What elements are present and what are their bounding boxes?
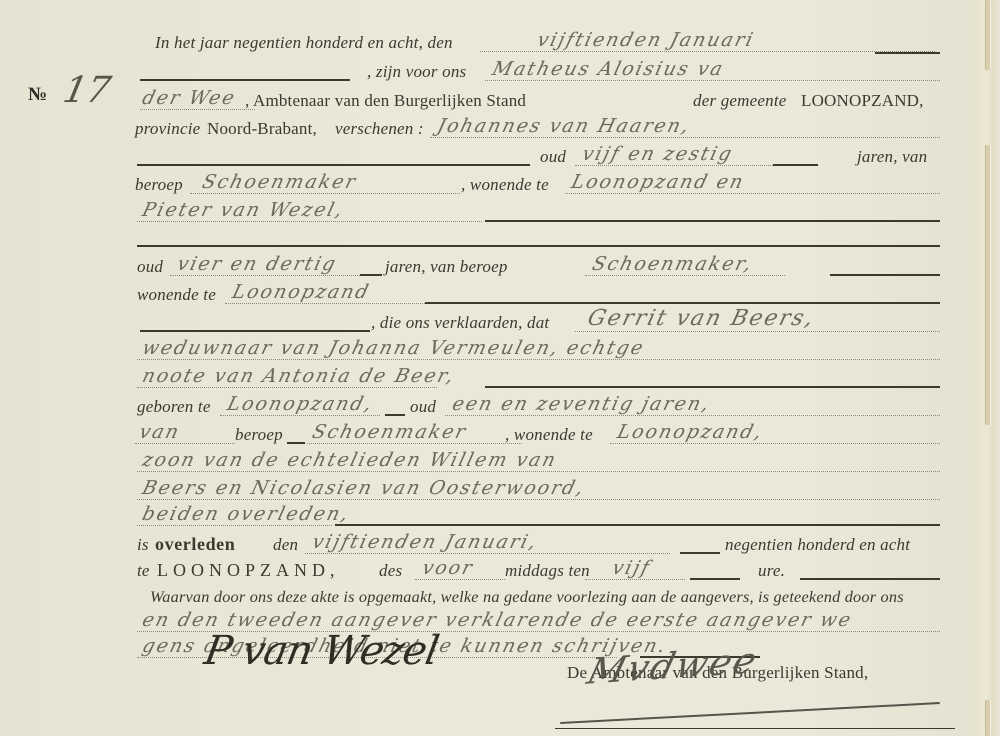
binding-stitch <box>985 0 991 70</box>
line-1: In het jaar negentien honderd en acht, d… <box>145 28 940 58</box>
handwritten-birthplace: Loonopzand, <box>225 393 376 415</box>
printed-text: beroep <box>235 425 283 445</box>
handwritten-official-name: Matheus Aloisius va <box>490 58 727 80</box>
printed-text: oud <box>137 257 163 277</box>
printed-text: , Ambtenaar van den Burgerlijken Stand <box>245 91 526 111</box>
printed-text: verschenen : <box>335 119 424 139</box>
printed-text: geboren te <box>137 397 211 417</box>
printed-text: jaren, van <box>857 147 927 167</box>
handwritten-marital-status: weduwnaar van Johanna Vermeulen, echtge <box>140 337 647 359</box>
handwritten-residence: Loonopzand en <box>569 171 747 193</box>
handwritten-age-deceased: een en zeventig jaren, <box>450 393 713 415</box>
handwritten-declarant-1: Johannes van Haaren, <box>435 115 693 137</box>
handwritten-official-surname: der Wee <box>140 87 238 109</box>
printed-text: , wonende te <box>505 425 593 445</box>
printed-text: Waarvan door ons deze akte is opgemaakt,… <box>150 587 904 607</box>
printed-text: provincie <box>135 119 200 139</box>
municipality-name: LOONOPZAND, <box>801 91 924 111</box>
printed-text: des <box>379 561 402 581</box>
line-11: , die ons verklaarden, dat Gerrit van Be… <box>145 308 940 338</box>
bottom-rule <box>555 728 955 729</box>
handwritten-deceased-name: Gerrit van Beers, <box>585 306 817 331</box>
handwritten-parents-1: zoon van de echtelieden Willem van <box>140 449 560 471</box>
printed-text: beroep <box>135 175 183 195</box>
printed-text: wonende te <box>137 285 216 305</box>
handwritten-declarant-2: Pieter van Wezel, <box>140 199 347 221</box>
handwritten-hour: vijf <box>610 557 653 579</box>
printed-text: middags ten <box>505 561 590 581</box>
record-number-label: № <box>28 84 47 106</box>
handwritten-time-of-day: voor <box>420 557 476 579</box>
printed-text: te <box>137 561 150 581</box>
handwritten-residence-deceased: Loonopzand, <box>615 421 766 443</box>
line-3: der Wee , Ambtenaar van den Burgerlijken… <box>145 86 940 116</box>
printed-text: , zijn voor ons <box>367 62 466 82</box>
line-10: wonende te Loonopzand <box>145 280 940 310</box>
line-15: van beroep Schoenmaker , wonende te Loon… <box>145 420 940 450</box>
line-6: beroep Schoenmaker , wonende te Loonopza… <box>145 170 940 200</box>
printed-text: is <box>137 535 149 555</box>
line-13: noote van Antonia de Beer, <box>145 364 940 394</box>
printed-text: der gemeente <box>693 91 787 111</box>
handwritten-occupation: Schoenmaker <box>200 171 359 193</box>
line-4: provincie Noord-Brabant, verschenen : Jo… <box>145 114 940 144</box>
line-16: zoon van de echtelieden Willem van <box>145 448 940 478</box>
printed-text: In het jaar negentien honderd en acht, d… <box>155 33 453 53</box>
province-name: Noord-Brabant, <box>207 119 317 139</box>
printed-text: ure. <box>758 561 785 581</box>
line-14: geboren te Loonopzand, oud een en zevent… <box>145 392 940 422</box>
handwritten-date: vijftienden Januari <box>535 29 757 51</box>
printed-text: den <box>273 535 298 555</box>
binding-stitch <box>985 145 991 425</box>
printed-text: negentien honderd en acht <box>725 535 910 555</box>
record-number-value: 17 <box>60 70 115 111</box>
handwritten-age-2: vier en dertig <box>175 253 340 275</box>
handwritten-parents-deceased: beiden overleden, <box>140 503 352 525</box>
handwritten-death-date: vijftienden Januari, <box>310 531 540 553</box>
printed-text: jaren, van beroep <box>385 257 508 277</box>
witness-signature: P van Wezel <box>201 628 442 674</box>
municipality-name: LOONOPZAND, <box>157 560 340 581</box>
handwritten-age: vijf en zestig <box>580 143 736 165</box>
line-2: , zijn voor ons Matheus Aloisius va <box>145 57 940 87</box>
handwritten-spouse: noote van Antonia de Beer, <box>140 365 458 387</box>
handwritten-occupation-deceased: Schoenmaker <box>310 421 469 443</box>
line-18: beiden overleden, <box>145 502 940 532</box>
line-9: oud vier en dertig jaren, van beroep Sch… <box>145 252 940 282</box>
printed-text: , wonende te <box>461 175 549 195</box>
handwritten-occupation-2: Schoenmaker, <box>590 253 755 275</box>
line-5: oud vijf en zestig jaren, van <box>145 142 940 172</box>
handwritten-text: van <box>137 421 183 443</box>
binding-stitch <box>985 700 991 736</box>
printed-keyword: overleden <box>155 534 235 555</box>
line-7: Pieter van Wezel, <box>145 198 940 228</box>
handwritten-parents-2: Beers en Nicolasien van Oosterwoord, <box>140 477 587 499</box>
handwritten-residence-2: Loonopzand <box>230 281 373 303</box>
printed-text: oud <box>540 147 566 167</box>
printed-text: , die ons verklaarden, dat <box>371 313 549 333</box>
line-12: weduwnaar van Johanna Vermeulen, echtge <box>145 336 940 366</box>
printed-text: oud <box>410 397 436 417</box>
